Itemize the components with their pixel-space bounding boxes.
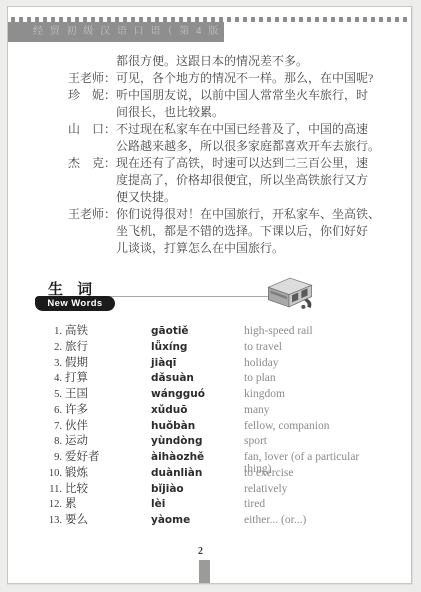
vocab-hanzi: 打算 — [65, 369, 151, 385]
dialogue-text: 现在还有了高铁，时速可以达到二三百公里，速 度提高了，价格却很便宜，所以坐高铁旅… — [116, 155, 390, 206]
vocab-hanzi: 要么 — [65, 511, 151, 527]
vocab-pinyin: jiàqī — [151, 357, 244, 369]
vocab-hanzi: 比较 — [65, 480, 151, 496]
vocab-pinyin: lèi — [151, 498, 244, 510]
section-title-en: New Words — [47, 298, 102, 309]
dialogue-turn: 山 口： 不过现在私家车在中国已经普及了，中国的高速 公路越来越多，所以很多家庭… — [68, 121, 390, 155]
dialogue-turn: 杰 克： 现在还有了高铁，时速可以达到二三百公里，速 度提高了，价格却很便宜，所… — [68, 155, 390, 206]
vocab-hanzi: 高铁 — [65, 322, 151, 338]
book-page: 经 贸 初 级 汉 语 口 语（ 第 4 版 ）· 下 都很方便。这跟日本的情况… — [7, 6, 412, 584]
speaker-name — [68, 53, 116, 70]
vocab-number: 5. — [46, 389, 65, 400]
vocab-number: 2. — [46, 342, 65, 353]
page-number: 2 — [0, 546, 402, 557]
vocab-english: kingdom — [244, 388, 285, 400]
vocab-row: 8. 运动 yùndòng sport — [46, 432, 385, 448]
vocab-number: 6. — [46, 405, 65, 416]
vocab-english: to exercise — [244, 467, 294, 479]
vocab-pinyin: bǐjiào — [151, 483, 244, 495]
speaker-name: 山 口： — [68, 121, 116, 155]
vocab-number: 11. — [46, 484, 65, 495]
vocab-row: 4. 打算 dǎsuàn to plan — [46, 369, 385, 385]
vocab-hanzi: 假期 — [65, 354, 151, 370]
vocab-hanzi: 锻炼 — [65, 464, 151, 480]
vocabulary-list: 1. 高铁 gāotiě high-speed rail 2. 旅行 lǚxín… — [46, 322, 385, 527]
new-words-badge: New Words — [35, 296, 115, 311]
vocab-hanzi: 旅行 — [65, 338, 151, 354]
vocab-pinyin: gāotiě — [151, 325, 244, 337]
vocab-row: 12. 累 lèi tired — [46, 495, 385, 511]
train-icon — [265, 275, 315, 310]
vocab-hanzi: 许多 — [65, 401, 151, 417]
vocab-hanzi: 运动 — [65, 432, 151, 448]
vocab-english: to travel — [244, 341, 282, 353]
vocab-row: 6. 许多 xǔduō many — [46, 401, 385, 417]
speaker-name: 杰 克： — [68, 155, 116, 206]
book-title: 经 贸 初 级 汉 语 口 语（ 第 4 版 ）· 下 — [33, 26, 224, 37]
vocab-number: 7. — [46, 421, 65, 432]
vocab-row: 11. 比较 bǐjiào relatively — [46, 480, 385, 496]
dialogue-text: 不过现在私家车在中国已经普及了，中国的高速 公路越来越多，所以很多家庭都喜欢开车… — [116, 121, 390, 155]
vocab-row: 3. 假期 jiàqī holiday — [46, 354, 385, 370]
vocab-number: 10. — [46, 468, 65, 479]
vocab-row: 9. 爱好者 àihàozhě fan, lover (of a particu… — [46, 448, 385, 464]
vocab-english: fellow, companion — [244, 420, 329, 432]
vocab-row: 2. 旅行 lǚxíng to travel — [46, 338, 385, 354]
vocab-number: 4. — [46, 373, 65, 384]
vocab-hanzi: 王国 — [65, 385, 151, 401]
dialogue-turn: 珍 妮： 听中国朋友说，以前中国人常常坐火车旅行，时 间很长，也比较累。 — [68, 87, 390, 121]
running-header: 经 贸 初 级 汉 语 口 语（ 第 4 版 ）· 下 — [8, 22, 224, 42]
vocab-pinyin: wángguó — [151, 388, 244, 400]
vocab-pinyin: duànliàn — [151, 467, 244, 479]
vocab-number: 12. — [46, 499, 65, 510]
vocab-pinyin: lǚxíng — [151, 341, 244, 353]
speaker-name: 王老师： — [68, 70, 116, 87]
footer-tab — [199, 560, 210, 583]
dialogue-turn: 王老师： 你们说得很对！在中国旅行，开私家车、坐高铁、 坐飞机，都是不错的选择。… — [68, 206, 390, 257]
vocab-english: high-speed rail — [244, 325, 313, 337]
vocab-row: 13. 要么 yàome either... (or...) — [46, 511, 385, 527]
vocab-hanzi: 爱好者 — [65, 448, 151, 464]
vocab-english: many — [244, 404, 270, 416]
speaker-name: 珍 妮： — [68, 87, 116, 121]
vocab-pinyin: dǎsuàn — [151, 372, 244, 384]
vocab-number: 8. — [46, 436, 65, 447]
dialogue-section: 都很方便。这跟日本的情况差不多。 王老师： 可见，各个地方的情况不一样。那么，在… — [68, 53, 390, 257]
vocab-pinyin: huǒbàn — [151, 420, 244, 432]
speaker-name: 王老师： — [68, 206, 116, 257]
dialogue-turn: 都很方便。这跟日本的情况差不多。 — [68, 53, 390, 70]
new-words-header: 生 词 New Words — [35, 278, 313, 318]
vocab-number: 1. — [46, 326, 65, 337]
vocab-number: 13. — [46, 515, 65, 526]
vocab-pinyin: àihàozhě — [151, 451, 244, 463]
vocab-hanzi: 累 — [65, 495, 151, 511]
vocab-english: tired — [244, 498, 265, 510]
vocab-pinyin: xǔduō — [151, 404, 244, 416]
vocab-row: 1. 高铁 gāotiě high-speed rail — [46, 322, 385, 338]
vocab-english: sport — [244, 435, 267, 447]
dialogue-text: 你们说得很对！在中国旅行，开私家车、坐高铁、 坐飞机，都是不错的选择。下课以后，… — [116, 206, 390, 257]
dialogue-text: 听中国朋友说，以前中国人常常坐火车旅行，时 间很长，也比较累。 — [116, 87, 390, 121]
vocab-number: 3. — [46, 358, 65, 369]
vocab-english: either... (or...) — [244, 514, 306, 526]
vocab-number: 9. — [46, 452, 65, 463]
vocab-row: 5. 王国 wángguó kingdom — [46, 385, 385, 401]
vocab-hanzi: 伙伴 — [65, 417, 151, 433]
dialogue-turn: 王老师： 可见，各个地方的情况不一样。那么，在中国呢? — [68, 70, 390, 87]
vocab-pinyin: yàome — [151, 514, 244, 526]
dialogue-text: 都很方便。这跟日本的情况差不多。 — [116, 53, 390, 70]
vocab-pinyin: yùndòng — [151, 435, 244, 447]
vocab-english: to plan — [244, 372, 276, 384]
vocab-english: relatively — [244, 483, 287, 495]
dialogue-text: 可见，各个地方的情况不一样。那么，在中国呢? — [116, 70, 390, 87]
vocab-row: 7. 伙伴 huǒbàn fellow, companion — [46, 417, 385, 433]
vocab-english: holiday — [244, 357, 279, 369]
